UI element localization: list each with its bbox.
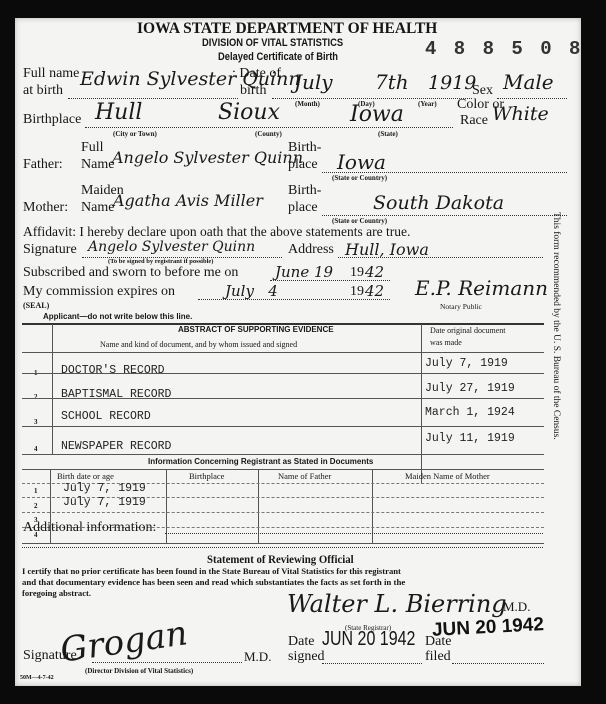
mother-place-label: place: [288, 200, 318, 216]
commission-date: July 4: [225, 282, 278, 300]
director-md: M.D.: [244, 649, 271, 665]
abstract-col-date-2: was made: [430, 338, 462, 347]
abstract-row-date: July 7, 1919: [425, 357, 508, 370]
father-name-value: Angelo Sylvester Quinn: [112, 148, 303, 167]
registrar-md: M.D.: [503, 599, 530, 615]
year-caption: (Year): [418, 100, 437, 108]
abstract-row-date: March 1, 1924: [425, 406, 515, 419]
dob-day: 7th: [375, 70, 409, 94]
info-col-mother: Maiden Name of Mother: [405, 471, 490, 481]
full-name-label: Full name: [23, 66, 79, 82]
notary-signature: E.P. Reimann: [415, 276, 548, 300]
date-of-label: : Date of: [232, 66, 281, 82]
month-caption: (Month): [295, 100, 320, 108]
address-label: Address: [288, 242, 334, 258]
review-text-2: and that documentary evidence has been s…: [22, 577, 405, 587]
signature-caption: (To be signed by registrant if possible): [108, 258, 213, 265]
father-birthplace-caption: (State or Country): [332, 174, 387, 182]
margin-note: This form recommended by the U. S. Burea…: [551, 212, 561, 440]
sworn-year-prefix: 19: [350, 265, 364, 281]
review-title: Statement of Reviewing Official: [207, 552, 354, 567]
dob-month: July: [294, 70, 333, 94]
commission-year-prefix: 19: [350, 284, 364, 300]
sworn-year-suffix: 42: [365, 263, 384, 281]
abstract-row-date: July 11, 1919: [425, 432, 515, 445]
seal-label: (SEAL): [23, 301, 49, 310]
date-signed-label-1: Date: [288, 634, 314, 650]
father-name-label: Name: [81, 157, 114, 173]
date-signed-label-2: signed: [288, 649, 325, 665]
form-code: 50M—4-7-42: [20, 675, 54, 681]
race-label: Race: [460, 113, 488, 129]
abstract-col-date-1: Date original document: [430, 326, 506, 335]
father-birth-label: Birth-: [288, 140, 321, 156]
abstract-row-num: 2: [34, 393, 38, 401]
director-signature-label: Signature: [23, 648, 77, 664]
abstract-row-document: SCHOOL RECORD: [61, 410, 151, 423]
registrar-signature: Walter L. Bierring: [287, 590, 507, 618]
abstract-row-document: DOCTOR'S RECORD: [61, 364, 165, 377]
info-row-birth: July 7, 1919: [63, 496, 146, 509]
info-row-num: 1: [34, 487, 38, 495]
at-birth-label: at birth: [23, 83, 63, 99]
mother-birthplace-value: South Dakota: [373, 192, 504, 214]
info-col-birthplace: Birthplace: [189, 471, 224, 481]
applicant-notice: Applicant—do not write below this line.: [43, 312, 192, 321]
birthplace-county: Sioux: [218, 100, 280, 125]
info-title: Information Concerning Registrant as Sta…: [148, 457, 373, 466]
info-row-birth: July 7, 1919: [63, 482, 146, 495]
dob-year: 1919: [428, 72, 476, 94]
abstract-row-document: BAPTISMAL RECORD: [61, 388, 171, 401]
info-col-father: Name of Father: [278, 471, 331, 481]
commission-label: My commission expires on: [23, 284, 175, 300]
commission-year-suffix: 42: [365, 282, 384, 300]
birthplace-city: Hull: [95, 100, 142, 125]
review-text-1: I certify that no prior certificate has …: [22, 566, 401, 576]
notary-caption: Notary Public: [440, 302, 482, 311]
state-caption: (State): [378, 130, 398, 138]
sworn-label: Subscribed and sworn to before me on: [23, 265, 238, 281]
mother-birth-label: Birth-: [288, 183, 321, 199]
sex-value: Male: [503, 70, 554, 94]
abstract-row-date: July 27, 1919: [425, 382, 515, 395]
signature-label: Signature: [23, 242, 77, 258]
abstract-title: ABSTRACT OF SUPPORTING EVIDENCE: [178, 325, 334, 334]
county-caption: (County): [255, 130, 282, 138]
mother-label: Mother:: [23, 200, 68, 216]
date-filed-label-1: Date: [425, 634, 451, 650]
abstract-row-num: 4: [34, 445, 38, 453]
address-value: Hull, Iowa: [345, 240, 429, 259]
father-full-label: Full: [81, 140, 104, 156]
info-col-birth: Birth date or age: [57, 471, 114, 481]
birthplace-label: Birthplace: [23, 112, 81, 128]
info-row-num: 2: [34, 502, 38, 510]
mother-name-value: Agatha Avis Miller: [113, 191, 263, 210]
division-title: DIVISION OF VITAL STATISTICS: [202, 37, 343, 49]
date-filed-label-2: filed: [425, 649, 451, 665]
review-text-3: foregoing abstract.: [22, 588, 91, 598]
birthplace-state: Iowa: [350, 102, 404, 127]
abstract-row-num: 3: [34, 418, 38, 426]
abstract-col-document: Name and kind of document, and by whom i…: [100, 340, 297, 349]
department-title: IOWA STATE DEPARTMENT OF HEALTH: [137, 20, 437, 38]
date-signed-stamp: JUN 20 1942: [322, 628, 415, 651]
applicant-signature: Angelo Sylvester Quinn: [88, 239, 255, 255]
certificate-number: 4 8 8 5 0 8: [425, 38, 583, 60]
father-label: Father:: [23, 157, 63, 173]
abstract-row-document: NEWSPAPER RECORD: [61, 440, 171, 453]
race-value: White: [492, 103, 549, 125]
birth-label: birth: [240, 83, 266, 99]
city-caption: (City or Town): [113, 130, 157, 138]
form-title: Delayed Certificate of Birth: [218, 51, 338, 63]
director-caption: (Director Division of Vital Statistics): [85, 667, 193, 675]
sworn-date: June 19: [275, 263, 333, 281]
father-place-label: place: [288, 157, 318, 173]
father-birthplace-value: Iowa: [337, 150, 386, 174]
additional-info-label: Additional information:: [23, 520, 156, 536]
mother-name-label: Name: [81, 200, 114, 216]
affidavit-statement: Affidavit: I hereby declare upon oath th…: [23, 224, 410, 240]
